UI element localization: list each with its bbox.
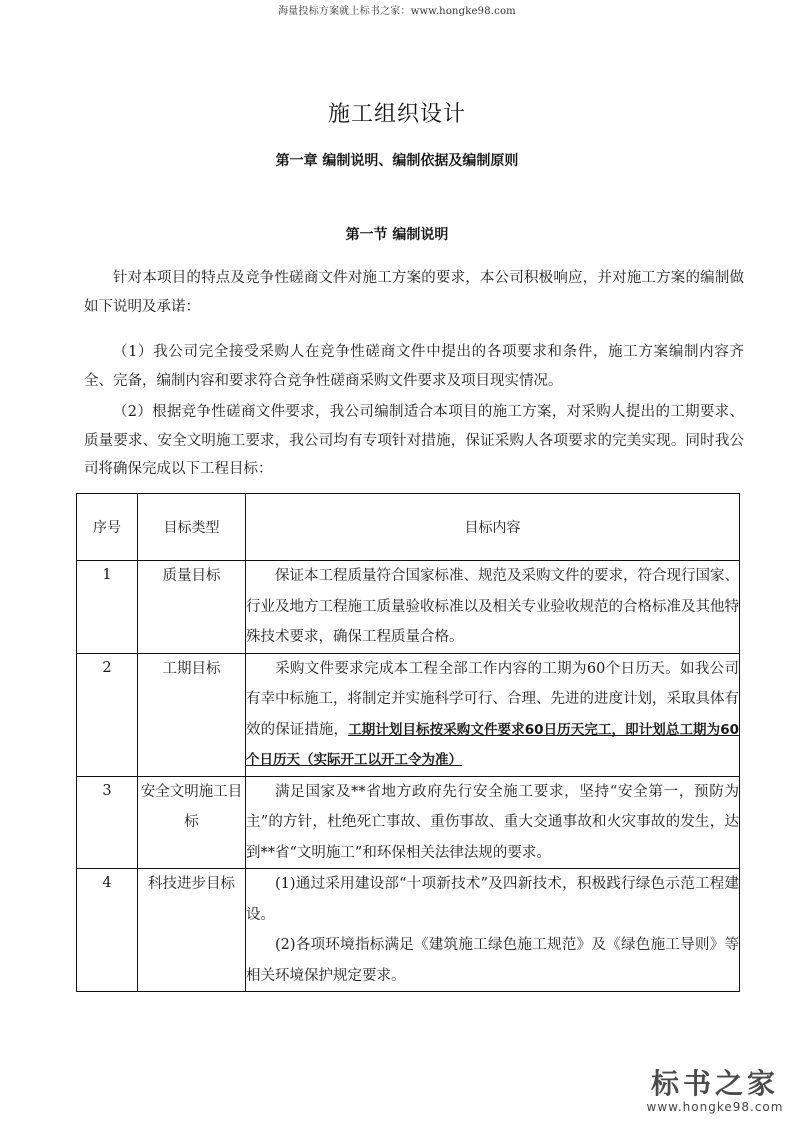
commitment-paragraph-2: （2）根据竞争性磋商文件要求，我公司编制适合本项目的施工方案，对采购人提出的工期… xyxy=(84,398,744,484)
goals-table: 序号 目标类型 目标内容 1 质量目标 保证本工程质量符合国家标准、规范及采购文… xyxy=(76,493,740,992)
table-row: 4 科技进步目标 (1)通过采用建设部“十项新技术”及四新技术，积极践行绿色示范… xyxy=(77,869,740,992)
intro-paragraph: 针对本项目的特点及竞争性磋商文件对施工方案的要求，本公司积极响应，并对施工方案的… xyxy=(84,264,744,321)
commitment-2-text: （2）根据竞争性磋商文件要求，我公司编制适合本项目的施工方案，对采购人提出的工期… xyxy=(84,398,744,484)
row-content-text-2: (2)各项环境指标满足《建筑施工绿色施工规范》及《绿色施工导则》等相关环境保护规… xyxy=(246,930,739,991)
logo-name: 标书之家 xyxy=(640,1062,790,1102)
row-content: 采购文件要求完成本工程全部工作内容的工期为60个日历天。如我公司有幸中标施工，将… xyxy=(246,653,740,776)
row-content-text: 满足国家及**省地方政府先行安全施工要求，坚持“安全第一，预防为主”的方针，杜绝… xyxy=(246,777,739,869)
table-header-row: 序号 目标类型 目标内容 xyxy=(77,494,740,561)
row-no: 2 xyxy=(77,653,138,776)
header-no: 序号 xyxy=(77,494,138,561)
logo-url: www.hongke98.com xyxy=(640,1100,790,1114)
row-content-text: 保证本工程质量符合国家标准、规范及采购文件的要求，符合现行国家、行业及地方工程施… xyxy=(246,561,739,653)
row-content-text-1: (1)通过采用建设部“十项新技术”及四新技术，积极践行绿色示范工程建设。 xyxy=(246,869,739,930)
row-content-text: 采购文件要求完成本工程全部工作内容的工期为60个日历天。如我公司有幸中标施工，将… xyxy=(246,654,739,776)
row-type: 质量目标 xyxy=(138,561,246,654)
chapter-heading: 第一章 编制说明、编制依据及编制原则 xyxy=(0,150,794,170)
table-row: 2 工期目标 采购文件要求完成本工程全部工作内容的工期为60个日历天。如我公司有… xyxy=(77,653,740,776)
intro-text: 针对本项目的特点及竞争性磋商文件对施工方案的要求，本公司积极响应，并对施工方案的… xyxy=(84,264,744,321)
brand-logo: 标书之家 www.hongke98.com xyxy=(640,1062,790,1114)
row-content: 保证本工程质量符合国家标准、规范及采购文件的要求，符合现行国家、行业及地方工程施… xyxy=(246,561,740,654)
header-type: 目标类型 xyxy=(138,494,246,561)
table-row: 1 质量目标 保证本工程质量符合国家标准、规范及采购文件的要求，符合现行国家、行… xyxy=(77,561,740,654)
commitment-paragraph-1: （1）我公司完全接受采购人在竞争性磋商文件中提出的各项要求和条件，施工方案编制内… xyxy=(84,338,744,395)
row-content: 满足国家及**省地方政府先行安全施工要求，坚持“安全第一，预防为主”的方针，杜绝… xyxy=(246,776,740,869)
row-no: 3 xyxy=(77,776,138,869)
row-content: (1)通过采用建设部“十项新技术”及四新技术，积极践行绿色示范工程建设。 (2)… xyxy=(246,869,740,992)
section-heading: 第一节 编制说明 xyxy=(0,224,794,244)
row-no: 4 xyxy=(77,869,138,992)
row-type: 工期目标 xyxy=(138,653,246,776)
header-watermark: 海量投标方案就上标书之家：www.hongke98.com xyxy=(0,2,794,17)
commitment-1-text: （1）我公司完全接受采购人在竞争性磋商文件中提出的各项要求和条件，施工方案编制内… xyxy=(84,338,744,395)
row-type: 科技进步目标 xyxy=(138,869,246,992)
table-row: 3 安全文明施工目标 满足国家及**省地方政府先行安全施工要求，坚持“安全第一，… xyxy=(77,776,740,869)
header-content: 目标内容 xyxy=(246,494,740,561)
row-type: 安全文明施工目标 xyxy=(138,776,246,869)
row-no: 1 xyxy=(77,561,138,654)
document-title: 施工组织设计 xyxy=(0,97,794,128)
